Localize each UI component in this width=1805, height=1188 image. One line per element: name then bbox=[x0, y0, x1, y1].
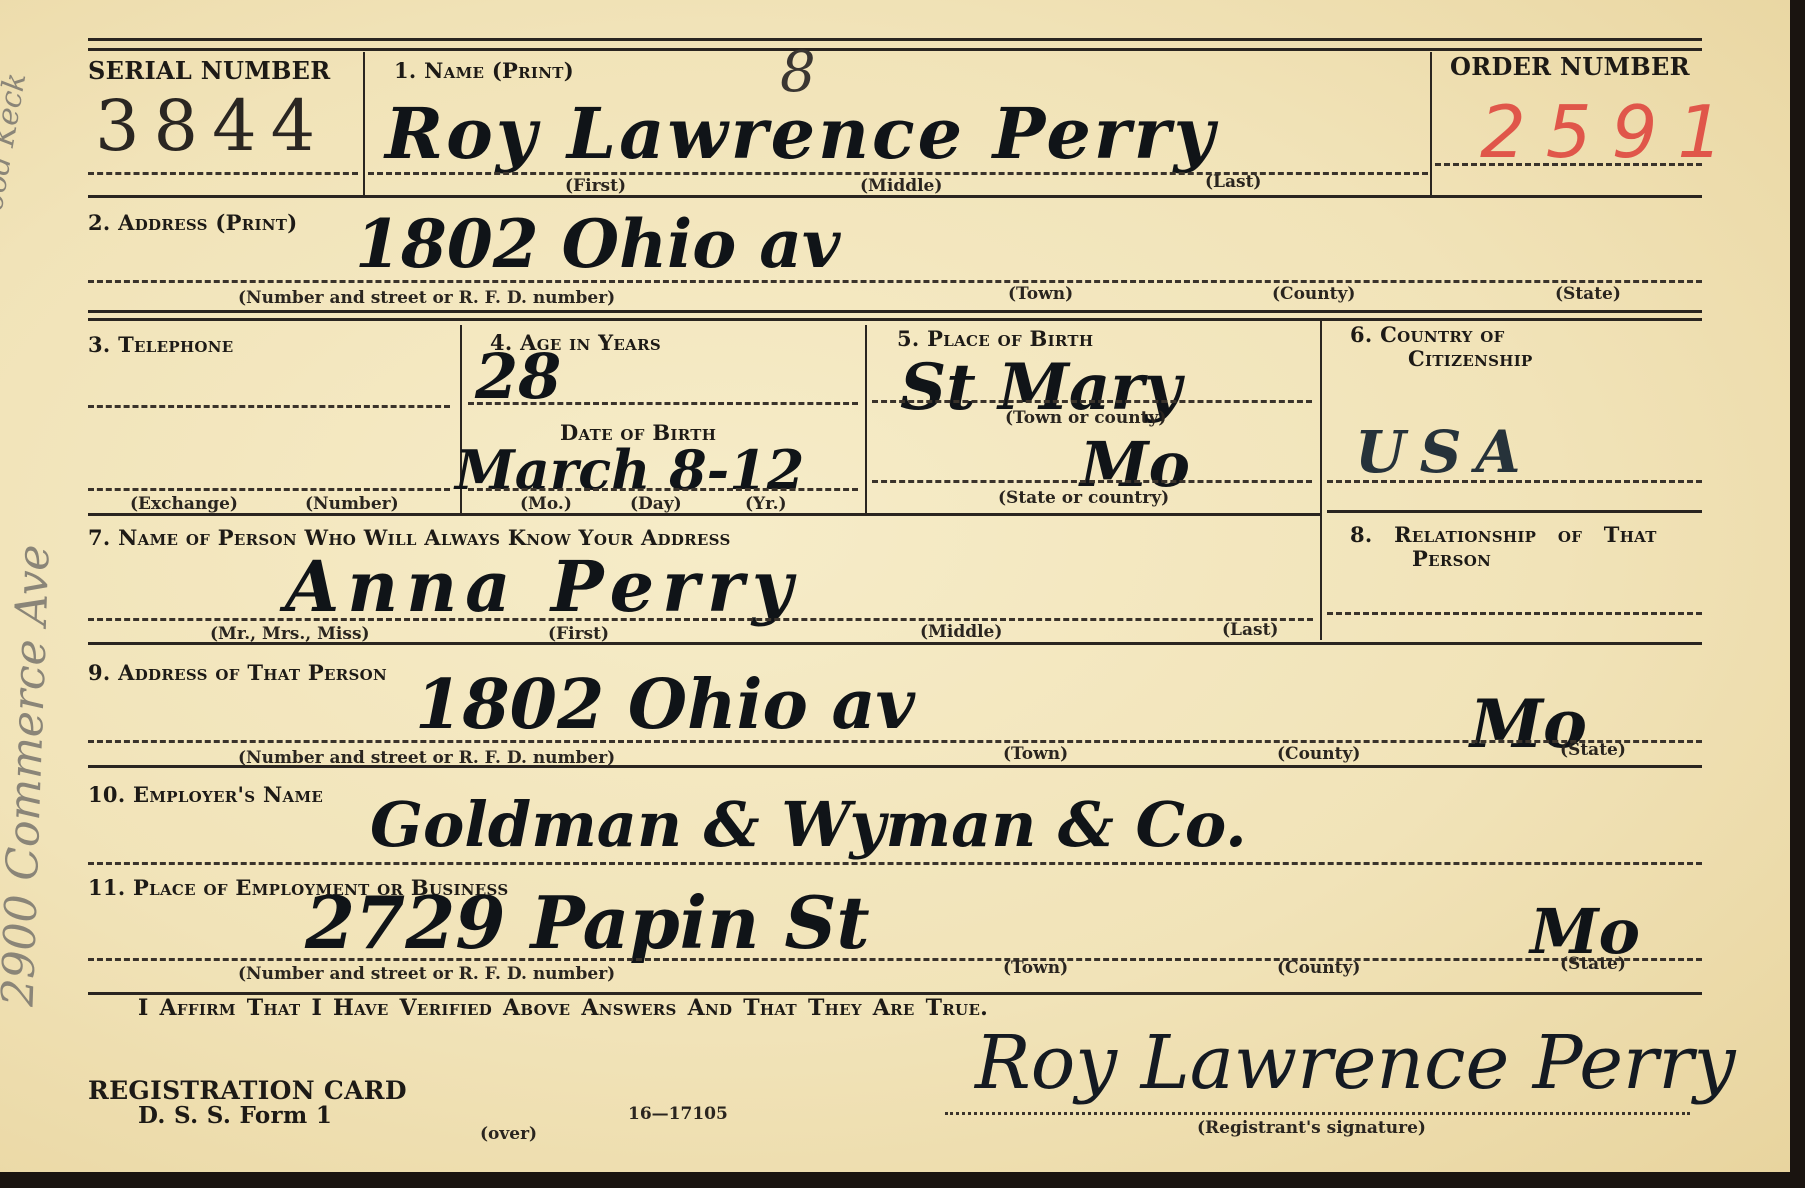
row3-bottom-rule bbox=[88, 513, 1320, 516]
top-rule-2 bbox=[88, 48, 1702, 51]
dob-sub-day: (Day) bbox=[630, 494, 682, 514]
card-edge-right bbox=[1790, 0, 1798, 1180]
pob-sub-state: (State or country) bbox=[998, 488, 1169, 508]
contact-name-line bbox=[88, 618, 1313, 621]
serial-divider bbox=[363, 52, 365, 197]
contact-address-label: 9. Address of That Person bbox=[88, 660, 387, 685]
order-divider bbox=[1430, 52, 1432, 197]
contact-address-sub-state: (State) bbox=[1560, 740, 1626, 760]
employer-line bbox=[88, 862, 1702, 865]
employment-sub-state: (State) bbox=[1560, 954, 1626, 974]
age-divider bbox=[865, 325, 867, 515]
telephone-sub-number: (Number) bbox=[305, 494, 399, 514]
citizenship-label-2: Citizenship bbox=[1408, 346, 1533, 371]
full-name-value: Roy Lawrence Perry bbox=[385, 92, 1217, 175]
contact-address-value: 1802 Ohio av bbox=[415, 665, 915, 745]
contact-address-sub-county: (County) bbox=[1277, 744, 1360, 764]
pob-label: 5. Place of Birth bbox=[897, 326, 1093, 351]
contact-name-value: Anna Perry bbox=[285, 545, 801, 628]
name-sub-last: (Last) bbox=[1205, 172, 1261, 192]
employment-sub-town: (Town) bbox=[1003, 958, 1068, 978]
card-edge-bottom bbox=[0, 1172, 1798, 1180]
citizenship-label-1: 6. Country of bbox=[1350, 322, 1505, 347]
dob-sub-yr: (Yr.) bbox=[745, 494, 787, 514]
name-sub-first: (First) bbox=[565, 176, 626, 196]
relationship-label-2: Person bbox=[1412, 546, 1491, 571]
signature-value: Roy Lawrence Perry bbox=[975, 1020, 1736, 1106]
margin-note-left-vertical: 2900 Commerce Ave bbox=[0, 544, 60, 1008]
telephone-line-2 bbox=[88, 488, 450, 491]
contact-address-line bbox=[88, 740, 1702, 743]
contact-sub-first: (First) bbox=[548, 624, 609, 644]
serial-number-value: 3844 bbox=[95, 85, 329, 167]
over-text: (over) bbox=[480, 1124, 537, 1144]
telephone-sub-exchange: (Exchange) bbox=[130, 494, 238, 514]
name-sub-middle: (Middle) bbox=[860, 176, 942, 196]
affirm-text: I Affirm That I Have Verified Above Answ… bbox=[138, 995, 988, 1021]
margin-note-top-left: Eastwood Keck bbox=[0, 70, 33, 305]
relationship-label-1: 8. Relationship of That bbox=[1350, 522, 1657, 547]
order-line bbox=[1435, 163, 1702, 166]
pob-sub-town: (Town or county) bbox=[1005, 408, 1166, 428]
address-label: 2. Address (Print) bbox=[88, 210, 298, 235]
card-form: D. S. S. Form 1 bbox=[138, 1102, 332, 1129]
citizenship-bottom-rule bbox=[1327, 510, 1702, 513]
order-number-label: ORDER NUMBER bbox=[1450, 52, 1690, 81]
dob-line bbox=[468, 488, 858, 491]
top-rule bbox=[88, 38, 1702, 41]
contact-address-sub-town: (Town) bbox=[1003, 744, 1068, 764]
relationship-line bbox=[1327, 612, 1702, 615]
dob-sub-mo: (Mo.) bbox=[520, 494, 572, 514]
employment-sub-street: (Number and street or R. F. D. number) bbox=[238, 964, 615, 984]
card-title: REGISTRATION CARD bbox=[88, 1076, 407, 1105]
address-value: 1802 Ohio av bbox=[355, 205, 840, 283]
row7-bottom-rule bbox=[88, 642, 1702, 645]
registration-card: Eastwood Keck 2900 Commerce Ave SERIAL N… bbox=[0, 0, 1798, 1180]
citizenship-value: USA bbox=[1355, 418, 1534, 486]
order-number-value: 2591 bbox=[1480, 90, 1743, 174]
address-sub-street: (Number and street or R. F. D. number) bbox=[238, 288, 615, 308]
pob-state-line bbox=[872, 480, 1312, 483]
telephone-label: 3. Telephone bbox=[88, 332, 234, 357]
row1-bottom-rule bbox=[88, 195, 1702, 198]
address-sub-county: (County) bbox=[1272, 284, 1355, 304]
signature-line bbox=[945, 1112, 1690, 1115]
print-code: 16—17105 bbox=[628, 1104, 728, 1124]
row9-bottom-rule bbox=[88, 765, 1702, 768]
pob-town-line bbox=[872, 400, 1312, 403]
pob-divider bbox=[1320, 320, 1322, 640]
serial-number-label: SERIAL NUMBER bbox=[88, 56, 331, 85]
employment-sub-county: (County) bbox=[1277, 958, 1360, 978]
name-line bbox=[368, 172, 1428, 175]
contact-sub-middle: (Middle) bbox=[920, 622, 1002, 642]
citizenship-line bbox=[1327, 480, 1702, 483]
employment-place-line bbox=[88, 958, 1702, 961]
address-sub-town: (Town) bbox=[1008, 284, 1073, 304]
address-sub-state: (State) bbox=[1555, 284, 1621, 304]
signature-sub: (Registrant's signature) bbox=[1197, 1118, 1426, 1138]
contact-sub-title: (Mr., Mrs., Miss) bbox=[210, 624, 370, 644]
employer-label: 10. Employer's Name bbox=[88, 782, 323, 807]
age-line bbox=[468, 402, 858, 405]
serial-number-line bbox=[88, 172, 358, 175]
name-label: 1. Name (Print) bbox=[394, 58, 574, 83]
employer-value: Goldman & Wyman & Co. bbox=[370, 788, 1247, 861]
telephone-line-1 bbox=[88, 405, 450, 408]
row2-rule-a bbox=[88, 310, 1702, 313]
dob-value: March 8-12 bbox=[455, 438, 804, 502]
address-line bbox=[88, 280, 1702, 283]
employment-address-value: 2729 Papin St bbox=[305, 880, 870, 965]
row2-rule-b bbox=[88, 318, 1702, 321]
contact-sub-last: (Last) bbox=[1222, 620, 1278, 640]
